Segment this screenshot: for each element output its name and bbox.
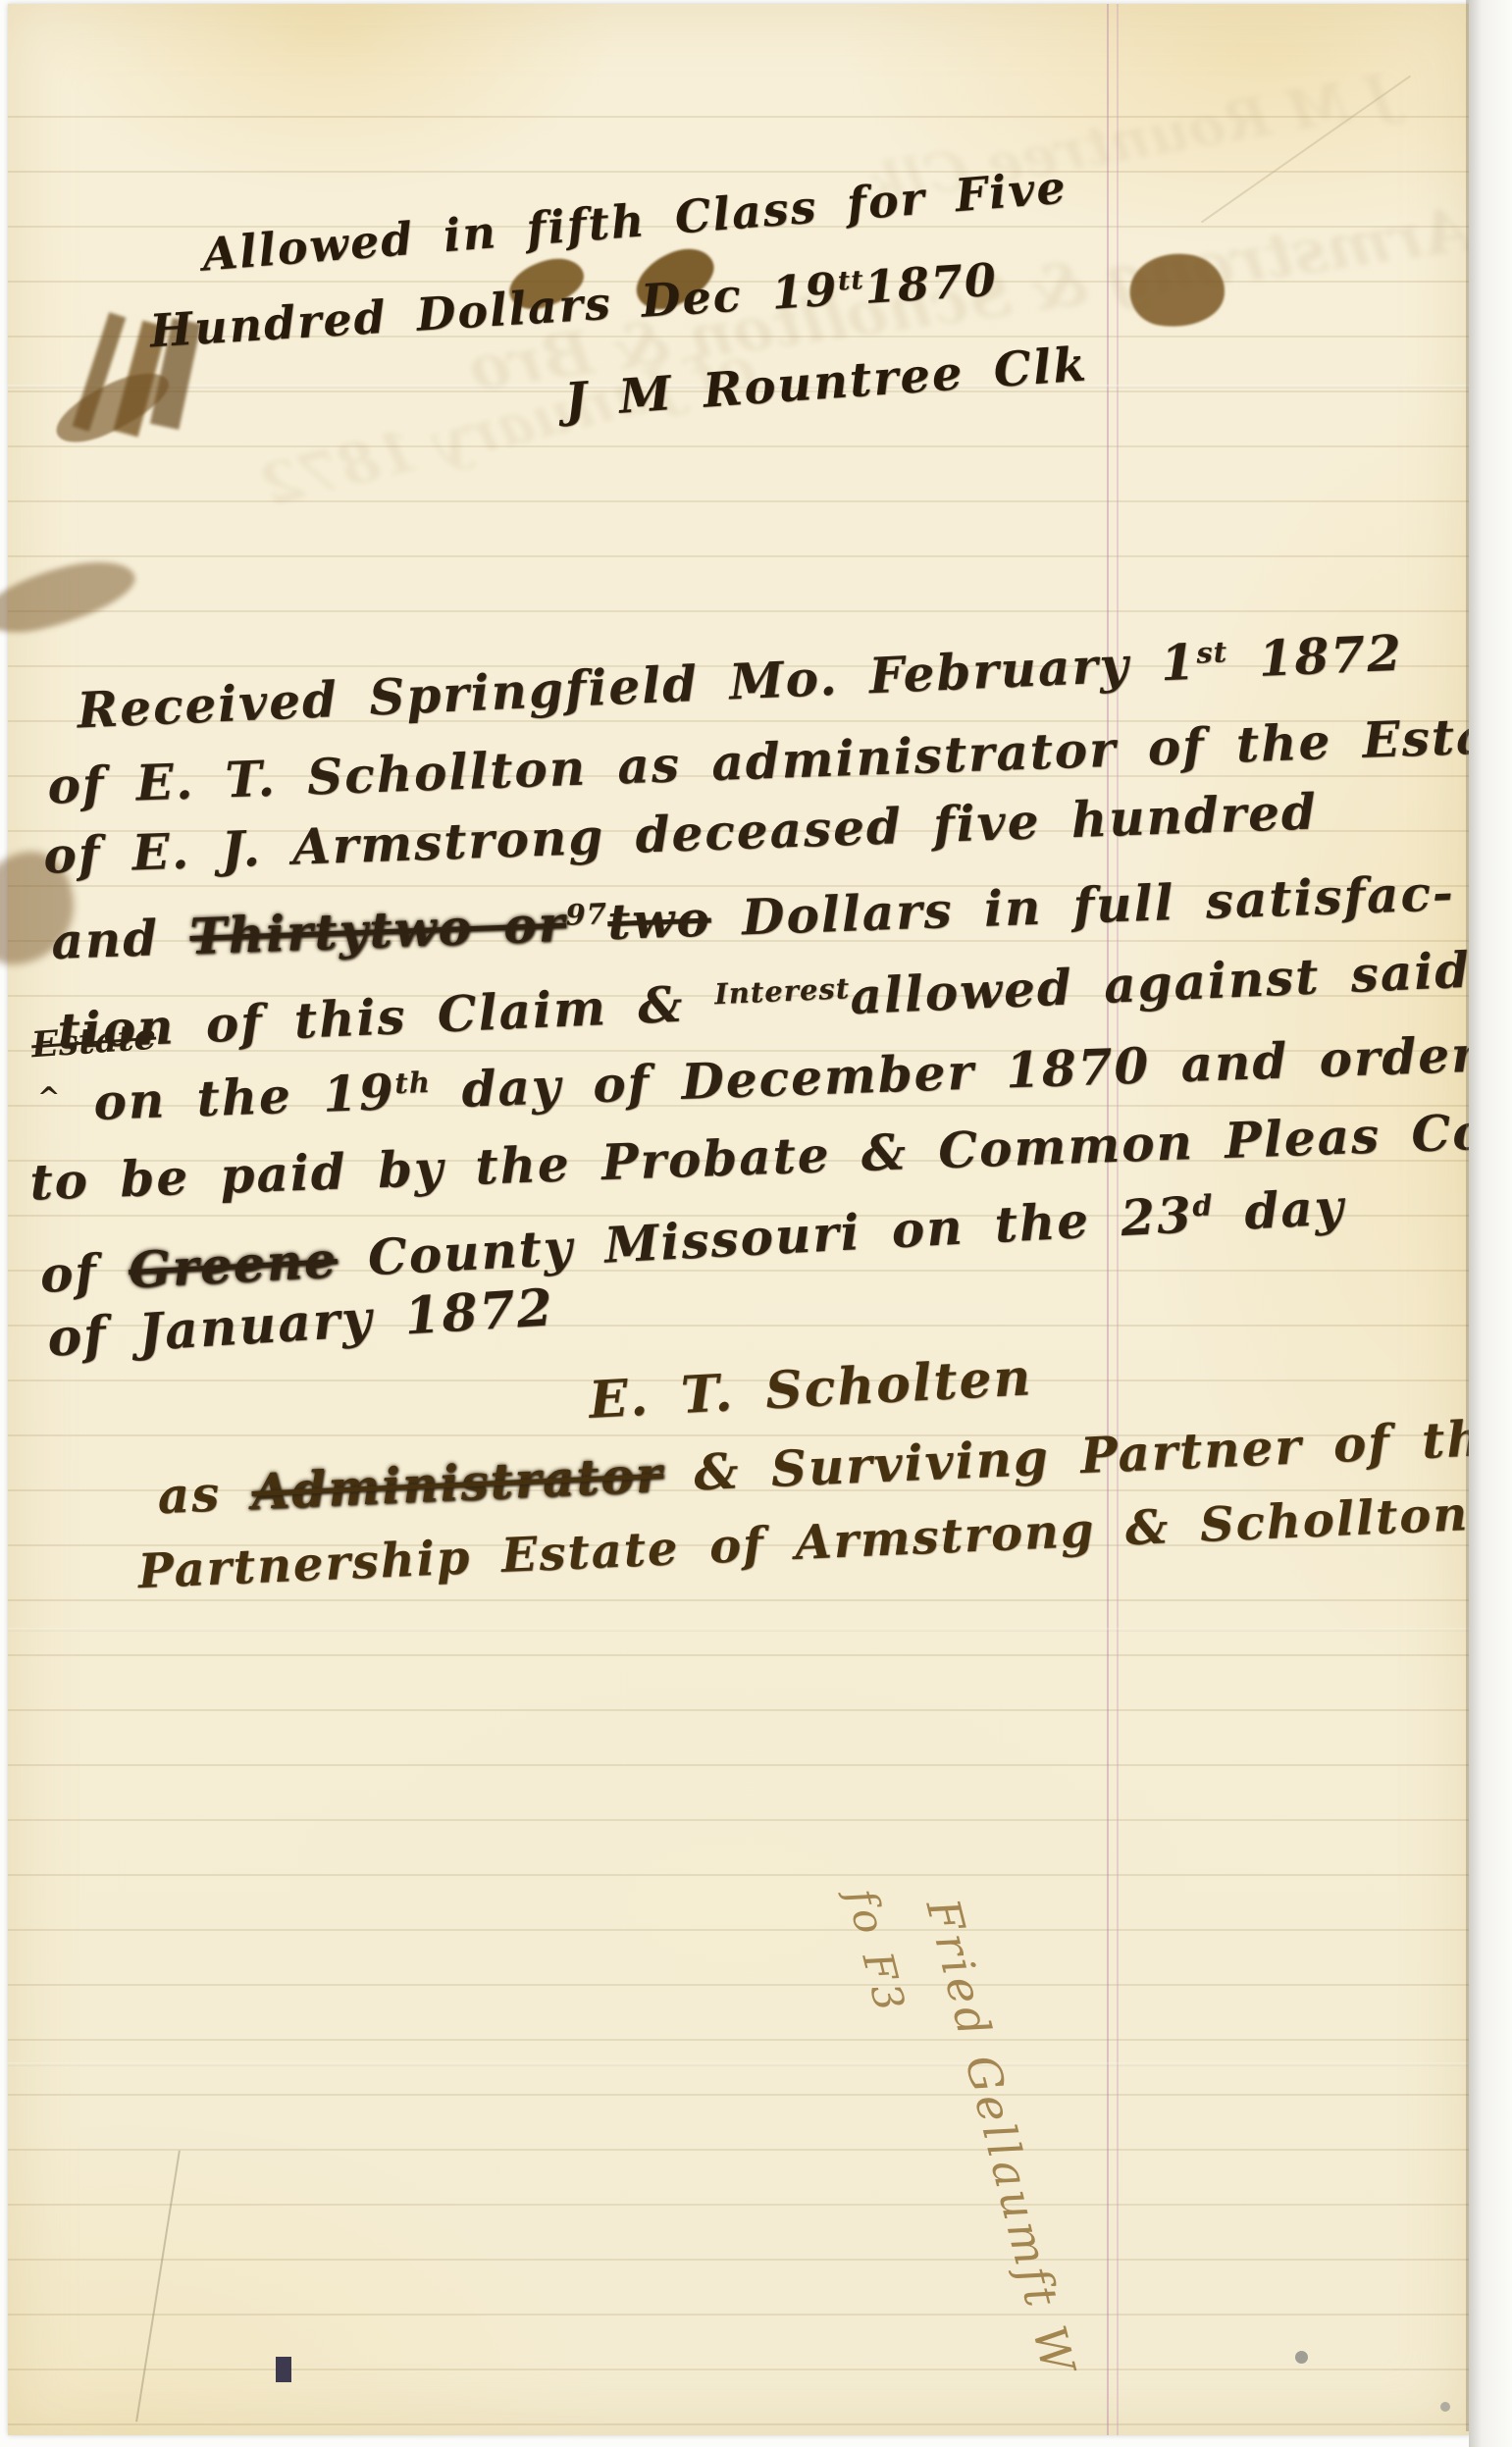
superscript-st: st [1196,635,1228,669]
body-line6-text: on the 19 [92,1063,395,1131]
small-dot [1440,2402,1450,2412]
superscript-tt: tt [837,265,864,297]
signature-as: as [156,1463,252,1525]
body-line1-year: 1872 [1226,624,1404,690]
struck-word: two [606,890,711,952]
body-line4-and: and [50,908,190,970]
superscript-97: 97 [565,897,608,931]
fold-crease [8,2062,1470,2066]
scan-background [1469,0,1512,2447]
body-line8-rest: day [1212,1177,1346,1242]
insertion-caret: ^ [37,1081,60,1114]
blotted-county-name: Greene [128,1230,339,1299]
body-line8-of: of [38,1241,130,1304]
superscript-th: th [394,1066,432,1100]
scanned-document-page: Partnership Estate of Armstrong & Scholl… [0,0,1512,2447]
allowance-note-line2-year: 1870 [862,253,999,314]
dark-spot [276,2357,291,2382]
superscript-d: d [1191,1188,1214,1223]
small-dot [1295,2351,1308,2364]
inserted-word-estate: Estate [30,1016,158,1067]
fold-crease [8,1628,1470,1632]
superscript-interest: Interest [713,971,850,1011]
